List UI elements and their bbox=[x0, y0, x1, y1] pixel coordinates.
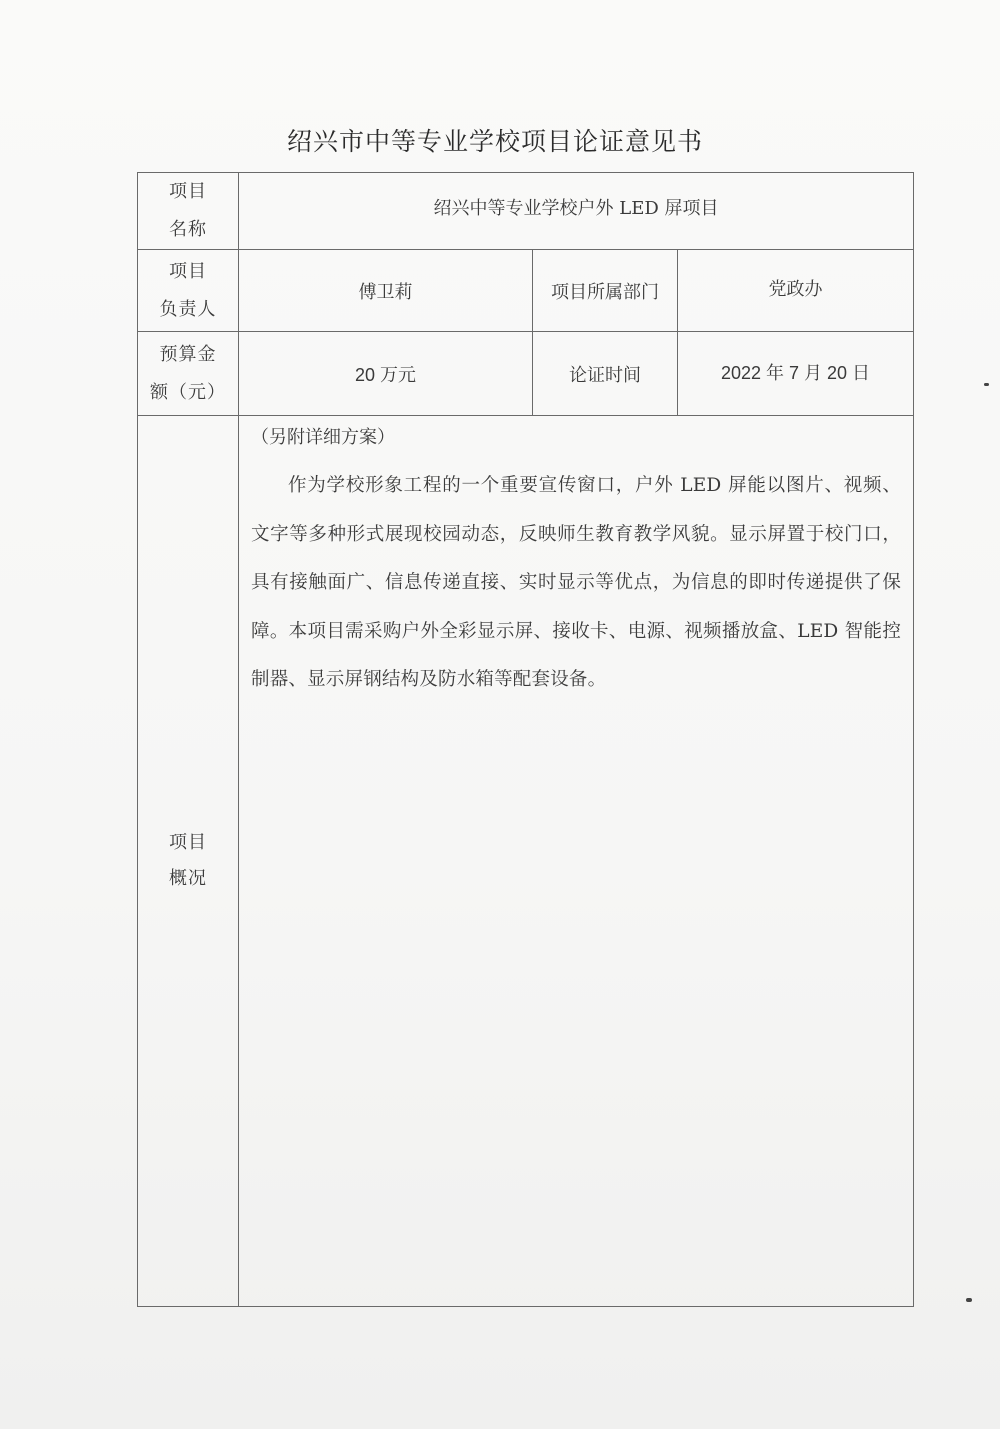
budget-label: 预算金 额（元） bbox=[138, 332, 239, 416]
review-date-label: 论证时间 bbox=[533, 332, 678, 416]
overview-paragraph: 作为学校形象工程的一个重要宣传窗口，户外 LED 屏能以图片、视频、文字等多种形… bbox=[251, 462, 901, 705]
project-name-label: 项目 名称 bbox=[138, 173, 239, 250]
document-title: 绍兴市中等专业学校项目论证意见书 bbox=[0, 122, 990, 158]
overview-label: 项目 概况 bbox=[138, 416, 239, 1307]
project-lead-value: 傅卫莉 bbox=[239, 250, 533, 332]
review-form-table: 项目 名称 绍兴中等专业学校户外 LED 屏项目 项目 负责人 傅卫莉 项目所属… bbox=[137, 172, 913, 1307]
department-value: 党政办 bbox=[678, 250, 914, 332]
row-overview: 项目 概况 （另附详细方案） 作为学校形象工程的一个重要宣传窗口，户外 LED … bbox=[138, 416, 914, 1307]
project-lead-label: 项目 负责人 bbox=[138, 250, 239, 332]
department-label: 项目所属部门 bbox=[533, 250, 678, 332]
scan-speck bbox=[984, 383, 989, 386]
row-project-name: 项目 名称 绍兴中等专业学校户外 LED 屏项目 bbox=[138, 173, 914, 250]
overview-note: （另附详细方案） bbox=[251, 424, 901, 452]
row-project-lead: 项目 负责人 傅卫莉 项目所属部门 党政办 bbox=[138, 250, 914, 332]
project-name-value: 绍兴中等专业学校户外 LED 屏项目 bbox=[239, 173, 914, 250]
scan-speck bbox=[966, 1298, 972, 1302]
budget-value: 20 万元 bbox=[239, 332, 533, 416]
overview-content: （另附详细方案） 作为学校形象工程的一个重要宣传窗口，户外 LED 屏能以图片、… bbox=[239, 416, 914, 1307]
review-date-value: 2022 年 7 月 20 日 bbox=[678, 332, 914, 416]
row-budget: 预算金 额（元） 20 万元 论证时间 2022 年 7 月 20 日 bbox=[138, 332, 914, 416]
